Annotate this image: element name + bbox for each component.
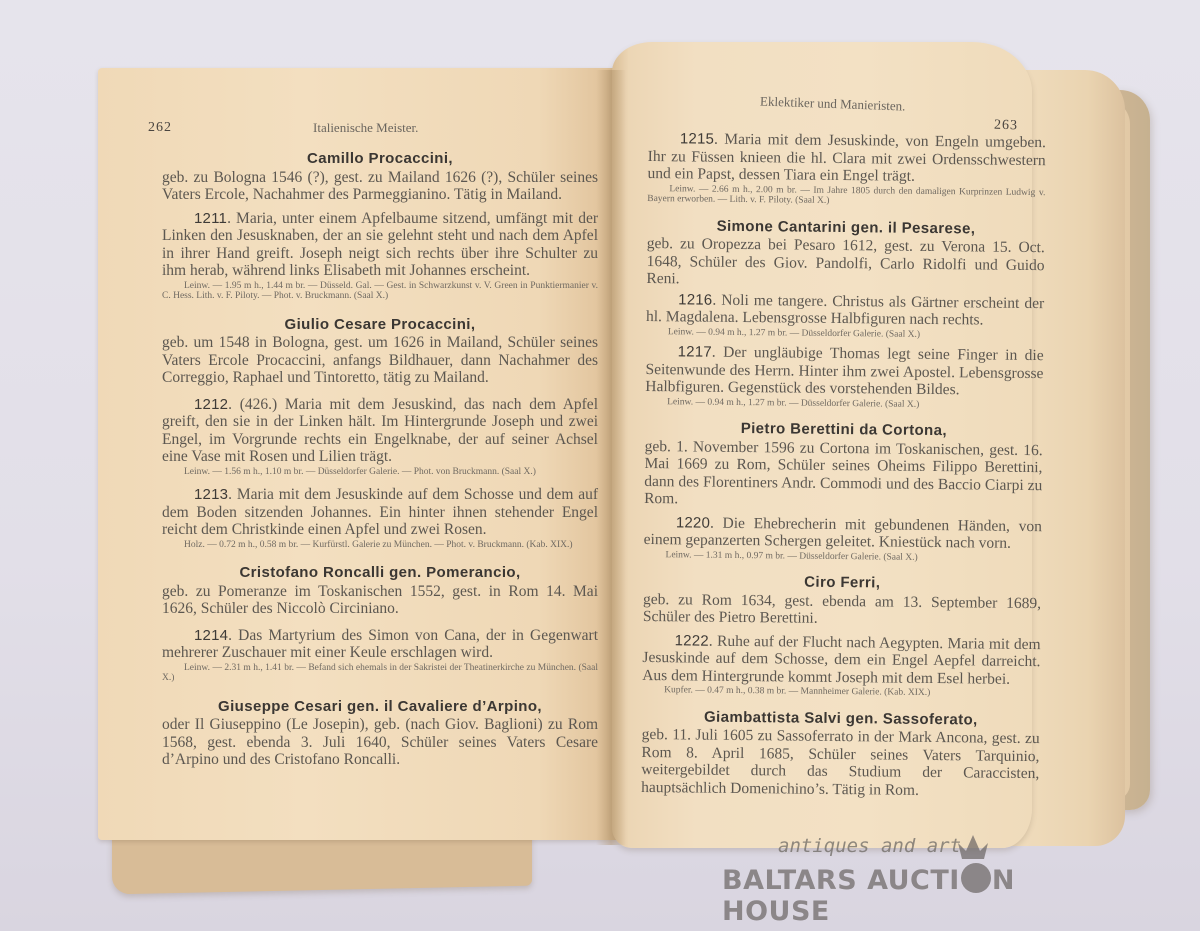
open-book: 262 Italienische Meister. Camillo Procac… (0, 0, 1200, 931)
entry-text: . Maria, unter einem Apfelbaume sitzend,… (162, 210, 598, 280)
orb-icon (961, 863, 991, 893)
entry-number: 1215 (680, 130, 714, 147)
catalog-entry: 1220. Die Ehebrecherin mit gebundenen Hä… (644, 513, 1042, 552)
entry-number: 1220 (676, 514, 710, 531)
catalog-entry: 1217. Der ungläubige Thomas legt seine F… (645, 343, 1044, 400)
entry-caption: Leinw. — 2.31 m h., 1.41 br. — Befand si… (162, 663, 598, 684)
watermark-brand-part2: N HOUSE (722, 865, 1015, 927)
entry-number: 1213 (194, 486, 228, 503)
entry-caption: Leinw. — 1.56 m h., 1.10 m br. — Düsseld… (162, 467, 598, 478)
left-page-number: 262 (148, 120, 172, 136)
entry-caption: Leinw. — 1.95 m h., 1.44 m br. — Düsseld… (162, 281, 598, 302)
artist-bio: geb. 1. November 1596 zu Cortona im Tosk… (644, 437, 1043, 511)
entry-number: 1216 (678, 291, 712, 308)
artist-bio: geb. um 1548 in Bologna, gest. um 1626 i… (162, 334, 598, 387)
artist-bio: oder Il Giuseppino (Le Josepin), geb. (n… (162, 716, 598, 769)
artist-bio: geb. zu Oropezza bei Pesaro 1612, gest. … (646, 235, 1045, 292)
entry-number: 1214 (194, 627, 228, 644)
artist-bio: geb. zu Rom 1634, gest. ebenda am 13. Se… (643, 590, 1041, 629)
entry-caption: Holz. — 0.72 m h., 0.58 m br. — Kurfürst… (162, 540, 598, 551)
artist-bio: geb. zu Pomeranze im Toskanischen 1552, … (162, 583, 598, 618)
entry-text: . Maria mit dem Jesuskinde auf dem Schos… (162, 486, 598, 538)
entry-caption: Leinw. — 2.66 m h., 2.00 m br. — Im Jahr… (647, 183, 1045, 208)
entry-number: 1222 (675, 632, 709, 649)
entry-number: 1211 (194, 210, 227, 227)
catalog-entry: 1213. Maria mit dem Jesuskinde auf dem S… (162, 486, 598, 539)
entry-number: 1217 (678, 343, 712, 360)
right-page-content: 1215. Maria mit dem Jesuskinde, von Enge… (641, 130, 1046, 800)
entry-text: . (426.) Maria mit dem Jesuskind, das na… (162, 396, 598, 466)
watermark-brand-part1: BALTARS AUCTI (722, 865, 960, 896)
catalog-entry: 1211. Maria, unter einem Apfelbaume sitz… (162, 210, 598, 280)
catalog-entry: 1214. Das Martyrium des Simon von Cana, … (162, 627, 598, 662)
catalog-entry: 1215. Maria mit dem Jesuskinde, von Enge… (647, 130, 1046, 187)
artist-bio: geb. zu Bologna 1546 (?), gest. zu Maila… (162, 169, 598, 204)
entry-number: 1212 (194, 396, 228, 413)
catalog-entry: 1216. Noli me tangere. Christus als Gärt… (646, 290, 1044, 329)
right-page-number: 263 (994, 118, 1019, 135)
artist-bio: geb. 11. Juli 1605 zu Sassoferrato in de… (641, 726, 1040, 800)
artist-heading: Camillo Procaccini, (162, 150, 598, 168)
watermark-brand: BALTARS AUCTIN HOUSE (722, 863, 1122, 927)
artist-heading: Giuseppe Cesari gen. il Cavaliere d’Arpi… (162, 698, 598, 716)
catalog-entry: 1212. (426.) Maria mit dem Jesuskind, da… (162, 396, 598, 466)
left-page-content: Camillo Procaccini, geb. zu Bologna 1546… (162, 150, 598, 769)
book-gutter (596, 70, 626, 845)
entry-text: . Das Martyrium des Simon von Cana, der … (162, 627, 598, 662)
catalog-entry: 1222. Ruhe auf der Flucht nach Aegypten.… (642, 631, 1041, 688)
left-running-head: Italienische Meister. (313, 120, 418, 136)
artist-heading: Giulio Cesare Procaccini, (162, 316, 598, 334)
artist-heading: Cristofano Roncalli gen. Pomerancio, (162, 564, 598, 582)
